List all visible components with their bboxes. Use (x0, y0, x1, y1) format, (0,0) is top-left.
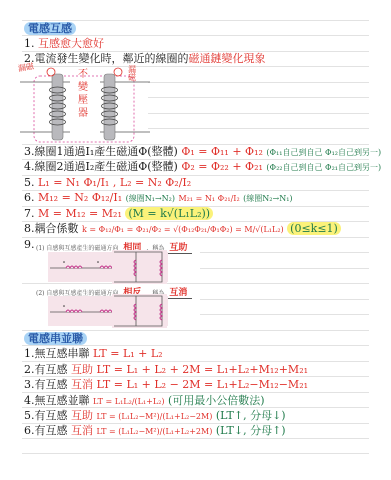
parallel-opposing-circuit (112, 294, 167, 328)
rule (22, 237, 369, 238)
rule (148, 82, 369, 83)
item-1: 1. 互感愈大愈好 (24, 37, 104, 51)
rule (22, 453, 369, 454)
rule (22, 20, 369, 21)
rule (148, 113, 369, 114)
sp-item-6: 6.有互感 互消 LT = (L₁L₂−M²)/(L₁+L₂+2M) (LT↓,… (24, 424, 286, 439)
rule (148, 128, 369, 129)
sp-item-3: 3.有互感 互消 LT = L₁ + L₂ − 2M = L₁+L₂−M₁₂−M… (24, 378, 308, 392)
parallel-coils-icon (112, 250, 167, 284)
rule (22, 283, 369, 284)
section-heading-series-parallel: 電感串並聯 (24, 332, 87, 346)
item-7: 7. M = M₁₂ = M₂₁ (M = k√(L₁L₂)) (24, 207, 213, 221)
item-4: 4.線圈2通過I₂產生磁通Φ(整體) Φ₂ = Φ₂₂ + Φ₂₁ (Φ₂₂自己… (24, 160, 381, 175)
sp-item-4: 4.無互感並聯 LT = L₁L₂/(L₁+L₂) (可用最小公倍數法) (24, 394, 265, 409)
sp-item-1: 1.無互感串聯 LT = L₁ + L₂ (24, 347, 163, 361)
rule (22, 392, 369, 393)
parallel-coils-icon (112, 294, 167, 328)
rule (22, 330, 369, 331)
item-8: 8.耦合係數 k = Φ₁₂/Φ₁ = Φ₂₁/Φ₂ = √(Φ₁₂Φ₂₁/Φ₁… (24, 222, 341, 237)
rule (200, 314, 369, 315)
parallel-aiding-circuit (112, 250, 167, 284)
sp-item-5: 5.有互感 互助 LT = (L₁L₂−M²)/(L₁+L₂−2M) (LT↑,… (24, 409, 286, 424)
item-9: 9. (24, 238, 35, 252)
item-3: 3.線圈1通過I₁產生磁通Φ(整體) Φ₁ = Φ₁₁ + Φ₁₂ (Φ₁₁自己… (24, 145, 381, 160)
rule (200, 299, 369, 300)
rule (200, 252, 369, 253)
item-2: 2.電流發生變化時，鄰近的線圈的磁通鏈變化現象 (24, 52, 266, 66)
rule (148, 97, 369, 98)
rule (22, 361, 369, 362)
rule (200, 268, 369, 269)
sp-item-2: 2.有互感 互助 LT = L₁ + L₂ + 2M = L₁+L₂+M₁₂+M… (24, 363, 308, 377)
item-6: 6. M₁₂ = N₂ Φ₁₂/I₁ (線圈N₁→N₂) M₂₁ = N₁ Φ₂… (24, 191, 293, 206)
section-heading-inductance: 電感互感 (24, 22, 76, 36)
item-5: 5. L₁ = N₁ Φ₁/I₁ , L₂ = N₂ Φ₂/I₂ (24, 176, 191, 190)
transformer-diagram: 漏磁 漏磁 不變壓器 (20, 66, 150, 146)
